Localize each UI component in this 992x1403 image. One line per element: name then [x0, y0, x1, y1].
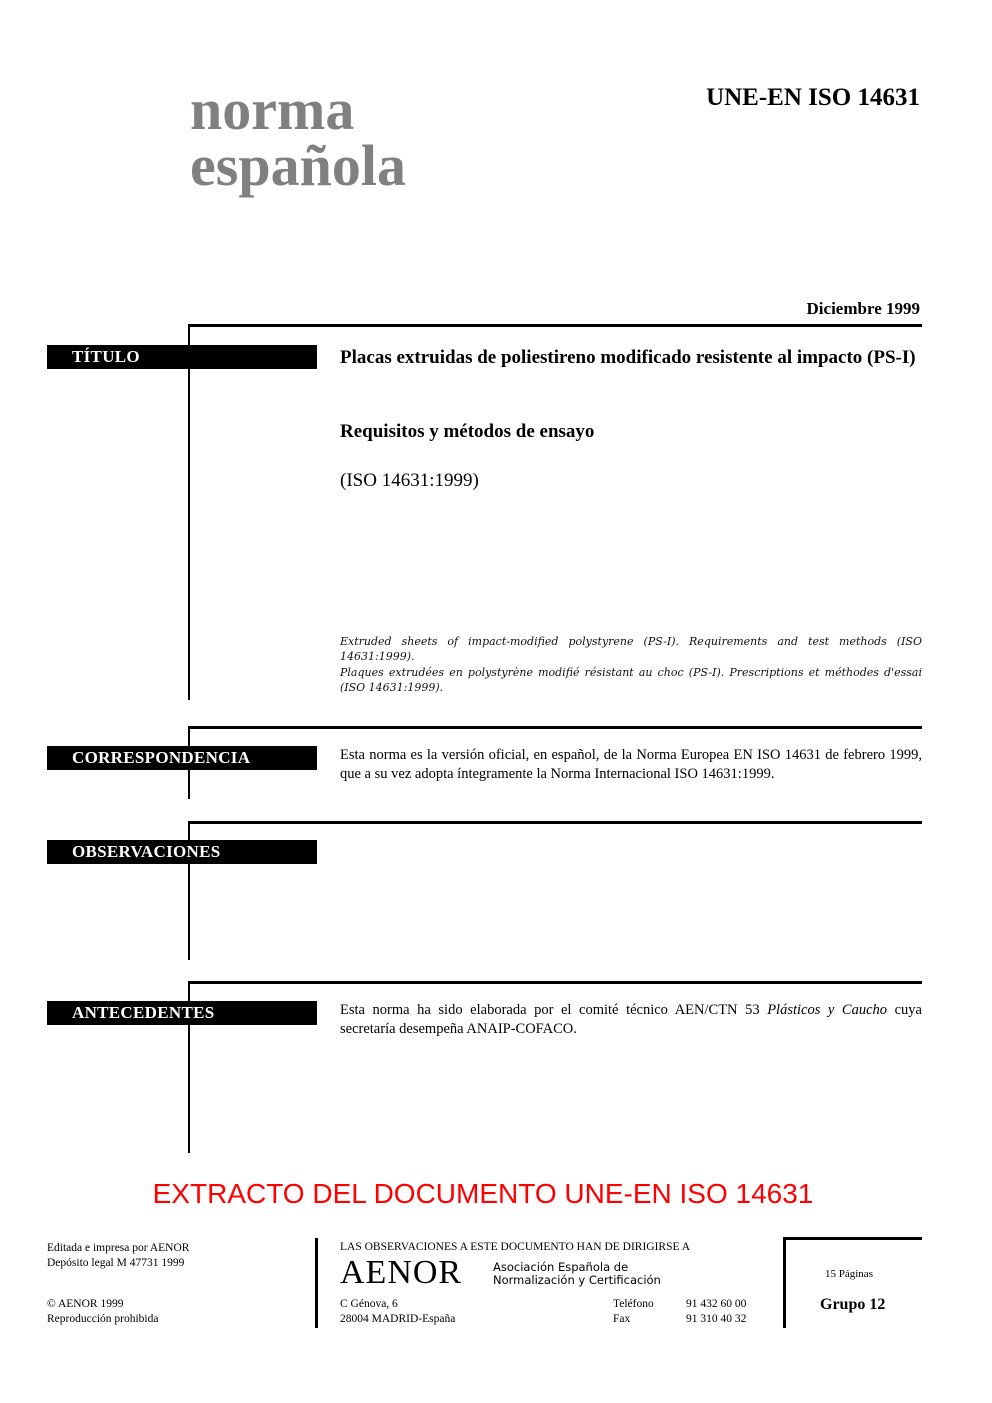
brand-line-2: española	[190, 138, 406, 194]
address-line-1: C Génova, 6	[340, 1297, 455, 1312]
correspondencia-text: Esta norma es la versión oficial, en esp…	[340, 746, 922, 784]
document-title: Placas extruidas de poliestireno modific…	[340, 345, 922, 371]
price-group: Grupo 12	[820, 1296, 885, 1314]
section-label-text: TÍTULO	[72, 347, 140, 367]
phone-number: 91 432 60 00	[686, 1297, 746, 1312]
brand-title: norma española	[190, 82, 406, 194]
publication-date: Diciembre 1999	[807, 299, 920, 319]
section-divider-correspondencia	[188, 726, 922, 729]
footer-address: C Génova, 6 28004 MADRID-España	[340, 1297, 455, 1327]
title-translation-french: Plaques extrudées en polystyrène modifié…	[340, 665, 922, 695]
footer-rights: © AENOR 1999 Reproducción prohibida	[47, 1297, 158, 1327]
section-label-text: OBSERVACIONES	[72, 842, 220, 862]
brand-line-1: norma	[190, 82, 406, 138]
footer-edited-by: Editada e impresa por AENOR	[47, 1241, 189, 1256]
antecedentes-committee-name: Plásticos y Caucho	[767, 1002, 887, 1018]
section-divider-titulo	[188, 324, 922, 327]
phone-label: Teléfono	[613, 1297, 654, 1312]
aenor-full-name: Asociación Española de Normalización y C…	[493, 1261, 661, 1287]
footer-box-top	[783, 1237, 922, 1240]
section-label-observaciones: OBSERVACIONES	[47, 840, 317, 864]
footer-divider-right	[783, 1237, 786, 1328]
section-label-text: CORRESPONDENCIA	[72, 748, 250, 768]
aenor-logo: AENOR	[340, 1254, 462, 1292]
section-label-text: ANTECEDENTES	[72, 1003, 214, 1023]
title-translation-english: Extruded sheets of impact-modified polys…	[340, 634, 922, 664]
section-divider-antecedentes	[188, 981, 922, 984]
footer-contact-values: 91 432 60 00 91 310 40 32	[686, 1297, 746, 1327]
page-count: 15 Páginas	[825, 1267, 873, 1282]
footer-legal-deposit: Depósito legal M 47731 1999	[47, 1256, 189, 1271]
standard-code: UNE-EN ISO 14631	[706, 84, 920, 112]
section-label-correspondencia: CORRESPONDENCIA	[47, 746, 317, 770]
footer-divider-left	[315, 1238, 318, 1328]
section-vrule-titulo	[188, 324, 190, 700]
fax-number: 91 310 40 32	[686, 1312, 746, 1327]
fax-label: Fax	[613, 1312, 654, 1327]
document-iso-reference: (ISO 14631:1999)	[340, 470, 479, 492]
footer-reproduction: Reproducción prohibida	[47, 1312, 158, 1327]
antecedentes-text-start: Esta norma ha sido elaborada por el comi…	[340, 1002, 767, 1018]
aenor-name-line-2: Normalización y Certificación	[493, 1274, 661, 1287]
footer-observations-notice: LAS OBSERVACIONES A ESTE DOCUMENTO HAN D…	[340, 1240, 690, 1255]
section-label-antecedentes: ANTECEDENTES	[47, 1001, 317, 1025]
footer-publisher: Editada e impresa por AENOR Depósito leg…	[47, 1241, 189, 1271]
section-divider-observaciones	[188, 821, 922, 824]
footer-contact-labels: Teléfono Fax	[613, 1297, 654, 1327]
antecedentes-text: Esta norma ha sido elaborada por el comi…	[340, 1001, 922, 1039]
footer-copyright: © AENOR 1999	[47, 1297, 158, 1312]
extract-watermark: EXTRACTO DEL DOCUMENTO UNE-EN ISO 14631	[0, 1178, 966, 1210]
address-line-2: 28004 MADRID-España	[340, 1312, 455, 1327]
section-label-titulo: TÍTULO	[47, 345, 317, 369]
document-subtitle: Requisitos y métodos de ensayo	[340, 421, 594, 443]
